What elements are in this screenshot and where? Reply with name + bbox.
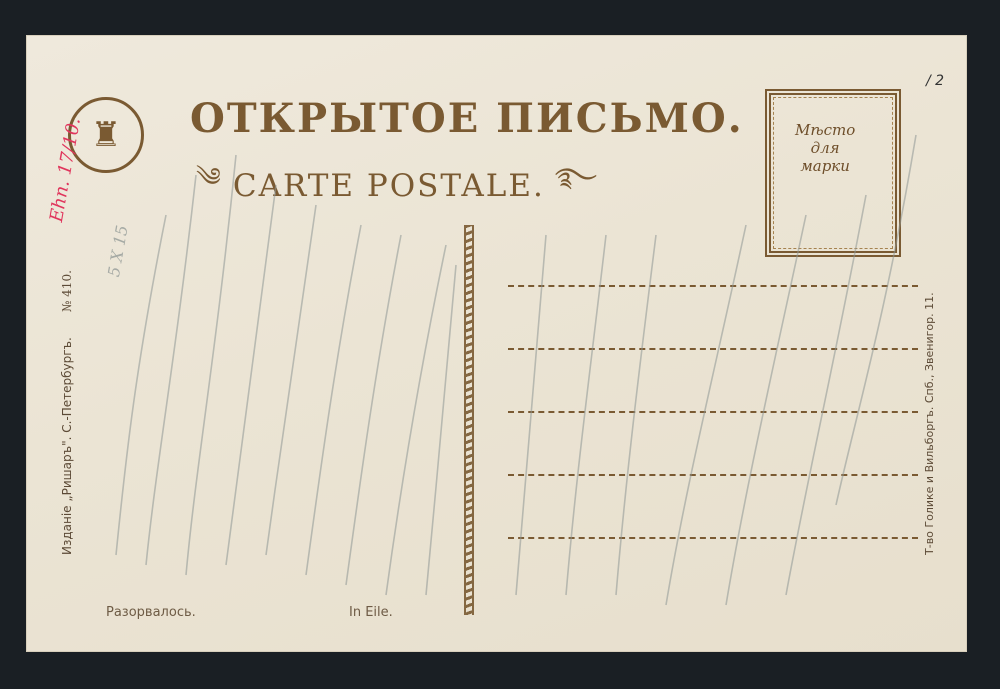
address-line xyxy=(508,348,918,350)
publisher-imprint: Изданіе „Ришаръ". С.-Петербургъ. xyxy=(60,337,74,555)
handwritten-date: 5 X 15 xyxy=(104,224,132,279)
pink-annotation: Ehn. 17/10. xyxy=(46,116,85,223)
caption-german: In Eile. xyxy=(349,605,393,620)
flourish-right-icon: ࿐ xyxy=(555,149,599,222)
corner-mark: / 2 xyxy=(926,73,944,89)
title-french-row: ༄ CARTE POSTALE. ࿐ xyxy=(196,149,746,222)
address-line xyxy=(508,411,918,413)
stamp-label: Мѣсто для марки xyxy=(795,121,855,175)
printer-imprint: Т-во Голике и Вильборгъ. Спб., Звенигор.… xyxy=(923,292,936,555)
stamp-label-line2: для xyxy=(795,139,855,157)
address-line xyxy=(508,537,918,539)
title-french: CARTE POSTALE. xyxy=(233,168,545,204)
stamp-label-line1: Мѣсто xyxy=(795,121,855,139)
catalog-number: № 410. xyxy=(60,270,74,312)
stamp-label-line3: марки xyxy=(795,157,855,175)
postcard: ♜ ОТКРЫТОЕ ПИСЬМО. ༄ CARTE POSTALE. ࿐ Мѣ… xyxy=(26,35,967,652)
address-line xyxy=(508,474,918,476)
stamp-box: Мѣсто для марки xyxy=(765,89,901,257)
richard-seal-icon: ♜ xyxy=(91,115,121,155)
address-line xyxy=(508,285,918,287)
flourish-left-icon: ༄ xyxy=(196,149,223,222)
rope-divider xyxy=(464,225,474,615)
caption-russian: Разорвалось. xyxy=(106,605,196,620)
title-russian: ОТКРЫТОЕ ПИСЬМО. xyxy=(190,95,744,142)
